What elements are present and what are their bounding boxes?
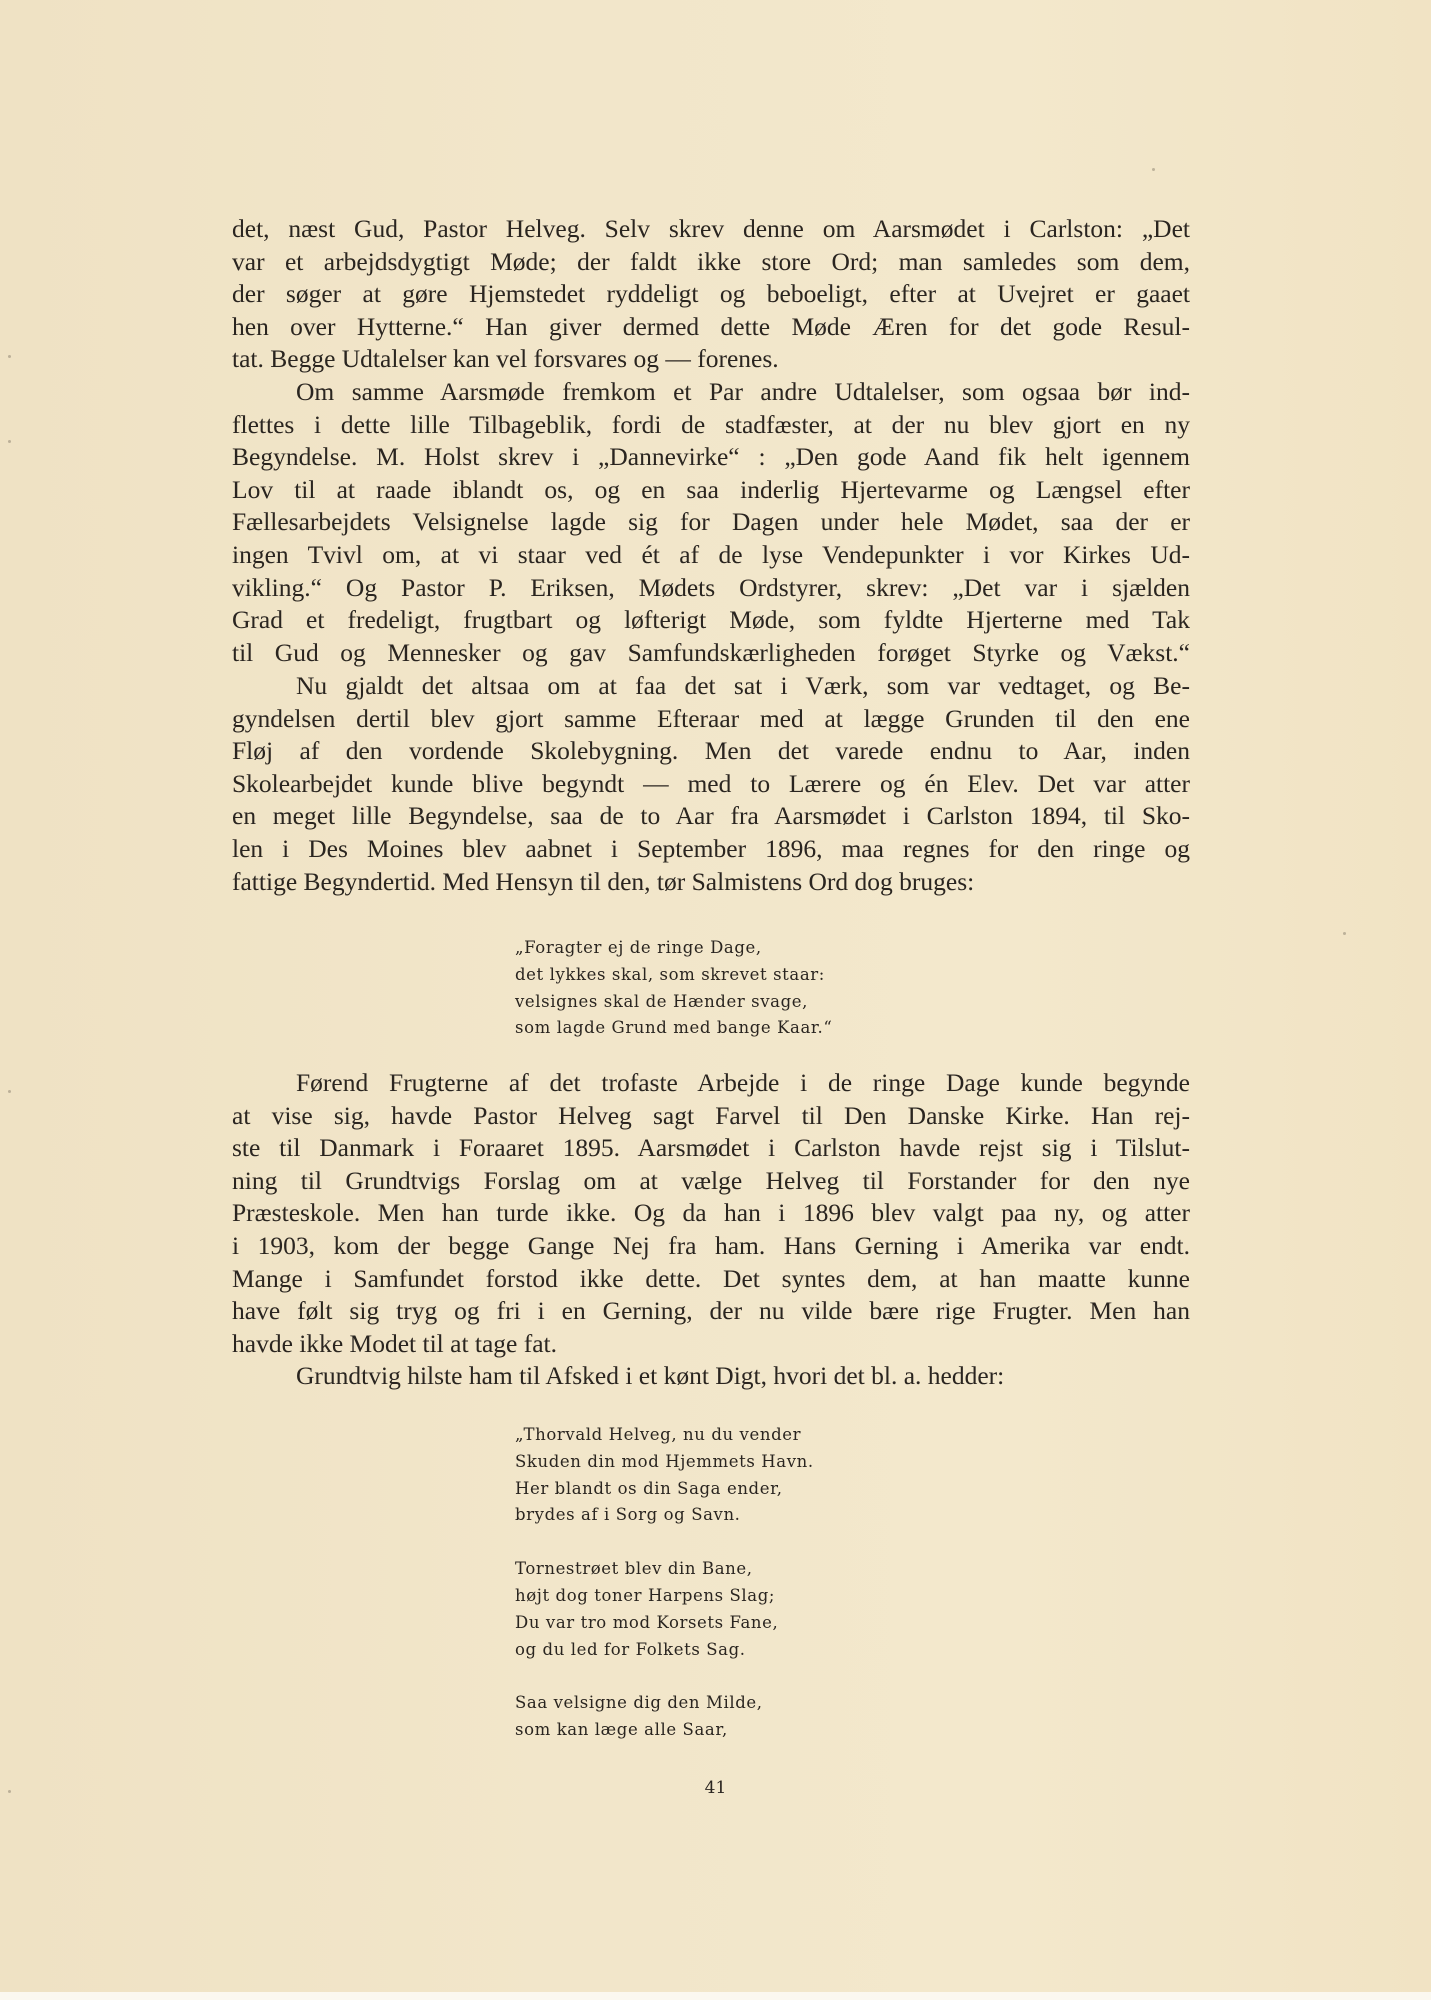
poem-line: „Foragter ej de ringe Dage,	[515, 935, 832, 962]
text-line: der søger at gøre Hjemstedet ryddeligt o…	[232, 278, 1190, 311]
text-line: fattige Begyndertid. Med Hensyn til den,…	[232, 866, 1190, 899]
text-line: havde ikke Modet til at tage fat.	[232, 1328, 1190, 1361]
text-line: Grundtvig hilste ham til Afsked i et køn…	[232, 1360, 1190, 1393]
page-edge	[0, 1992, 1431, 2000]
text-line: Lov til at raade iblandt os, og en saa i…	[232, 474, 1190, 507]
text-line: en meget lille Begyndelse, saa de to Aar…	[232, 800, 1190, 833]
stanza-break	[515, 1529, 814, 1556]
poem-line: som lagde Grund med bange Kaar.“	[515, 1015, 832, 1042]
scan-speck	[8, 355, 11, 358]
text-line: i 1903, kom der begge Gange Nej fra ham.…	[232, 1230, 1190, 1263]
text-line: ingen Tvivl om, at vi staar ved ét af de…	[232, 539, 1190, 572]
paragraph-5: Grundtvig hilste ham til Afsked i et køn…	[232, 1360, 1190, 1393]
text-line: ning til Grundtvigs Forslag om at vælge …	[232, 1165, 1190, 1198]
poem-quote-1: „Foragter ej de ringe Dage, det lykkes s…	[515, 935, 832, 1042]
poem-line: som kan læge alle Saar,	[515, 1717, 814, 1744]
paragraph-3: Nu gjaldt det altsaa om at faa det sat i…	[232, 670, 1190, 898]
text-line: til Gud og Mennesker og gav Samfundskærl…	[232, 637, 1190, 670]
text-line: Præsteskole. Men han turde ikke. Og da h…	[232, 1197, 1190, 1230]
text-line: len i Des Moines blev aabnet i September…	[232, 833, 1190, 866]
poem-line: Du var tro mod Korsets Fane,	[515, 1610, 814, 1637]
page-number: 41	[0, 1778, 1431, 1798]
poem-line: højt dog toner Harpens Slag;	[515, 1583, 814, 1610]
text-line: var et arbejdsdygtigt Møde; der faldt ik…	[232, 246, 1190, 279]
poem-line: velsignes skal de Hænder svage,	[515, 989, 832, 1016]
paragraph-2: Om samme Aarsmøde fremkom et Par andre U…	[232, 376, 1190, 669]
poem-line: Skuden din mod Hjemmets Havn.	[515, 1449, 814, 1476]
text-line: Nu gjaldt det altsaa om at faa det sat i…	[232, 670, 1190, 703]
text-line: gyndelsen dertil blev gjort samme Eftera…	[232, 703, 1190, 736]
text-line: ste til Danmark i Foraaret 1895. Aarsmød…	[232, 1132, 1190, 1165]
scanned-page: det, næst Gud, Pastor Helveg. Selv skrev…	[0, 0, 1431, 1992]
poem-line: og du led for Folkets Sag.	[515, 1637, 814, 1664]
scan-speck	[1343, 932, 1346, 935]
stanza-break	[515, 1663, 814, 1690]
poem-line: Tornestrøet blev din Bane,	[515, 1556, 814, 1583]
poem-line: Saa velsigne dig den Milde,	[515, 1690, 814, 1717]
text-line: det, næst Gud, Pastor Helveg. Selv skrev…	[232, 213, 1190, 246]
text-line: Mange i Samfundet forstod ikke dette. De…	[232, 1263, 1190, 1296]
paragraph-1: det, næst Gud, Pastor Helveg. Selv skrev…	[232, 213, 1190, 376]
scan-speck	[1152, 168, 1155, 171]
text-line: at vise sig, havde Pastor Helveg sagt Fa…	[232, 1100, 1190, 1133]
text-line: flettes i dette lille Tilbageblik, fordi…	[232, 409, 1190, 442]
text-line: Begyndelse. M. Holst skrev i „Dannevirke…	[232, 441, 1190, 474]
poem-line: „Thorvald Helveg, nu du vender	[515, 1422, 814, 1449]
text-line: tat. Begge Udtalelser kan vel forsvares …	[232, 343, 1190, 376]
scan-speck	[8, 440, 11, 443]
text-line: Fløj af den vordende Skolebygning. Men d…	[232, 735, 1190, 768]
text-line: have følt sig tryg og fri i en Gerning, …	[232, 1295, 1190, 1328]
paragraph-4: Førend Frugterne af det trofaste Arbejde…	[232, 1067, 1190, 1360]
poem-line: brydes af i Sorg og Savn.	[515, 1502, 814, 1529]
poem-line: Her blandt os din Saga ender,	[515, 1476, 814, 1503]
text-line: vikling.“ Og Pastor P. Eriksen, Mødets O…	[232, 572, 1190, 605]
text-line: Skolearbejdet kunde blive begyndt — med …	[232, 768, 1190, 801]
text-line: hen over Hytterne.“ Han giver dermed det…	[232, 311, 1190, 344]
scan-speck	[8, 1790, 11, 1793]
poem-line: det lykkes skal, som skrevet staar:	[515, 962, 832, 989]
poem-quote-2: „Thorvald Helveg, nu du vender Skuden di…	[515, 1422, 814, 1744]
text-line: Grad et fredeligt, frugtbart og løfterig…	[232, 604, 1190, 637]
text-line: Om samme Aarsmøde fremkom et Par andre U…	[232, 376, 1190, 409]
text-line: Fællesarbejdets Velsignelse lagde sig fo…	[232, 506, 1190, 539]
text-line: Førend Frugterne af det trofaste Arbejde…	[232, 1067, 1190, 1100]
scan-speck	[8, 1090, 11, 1093]
